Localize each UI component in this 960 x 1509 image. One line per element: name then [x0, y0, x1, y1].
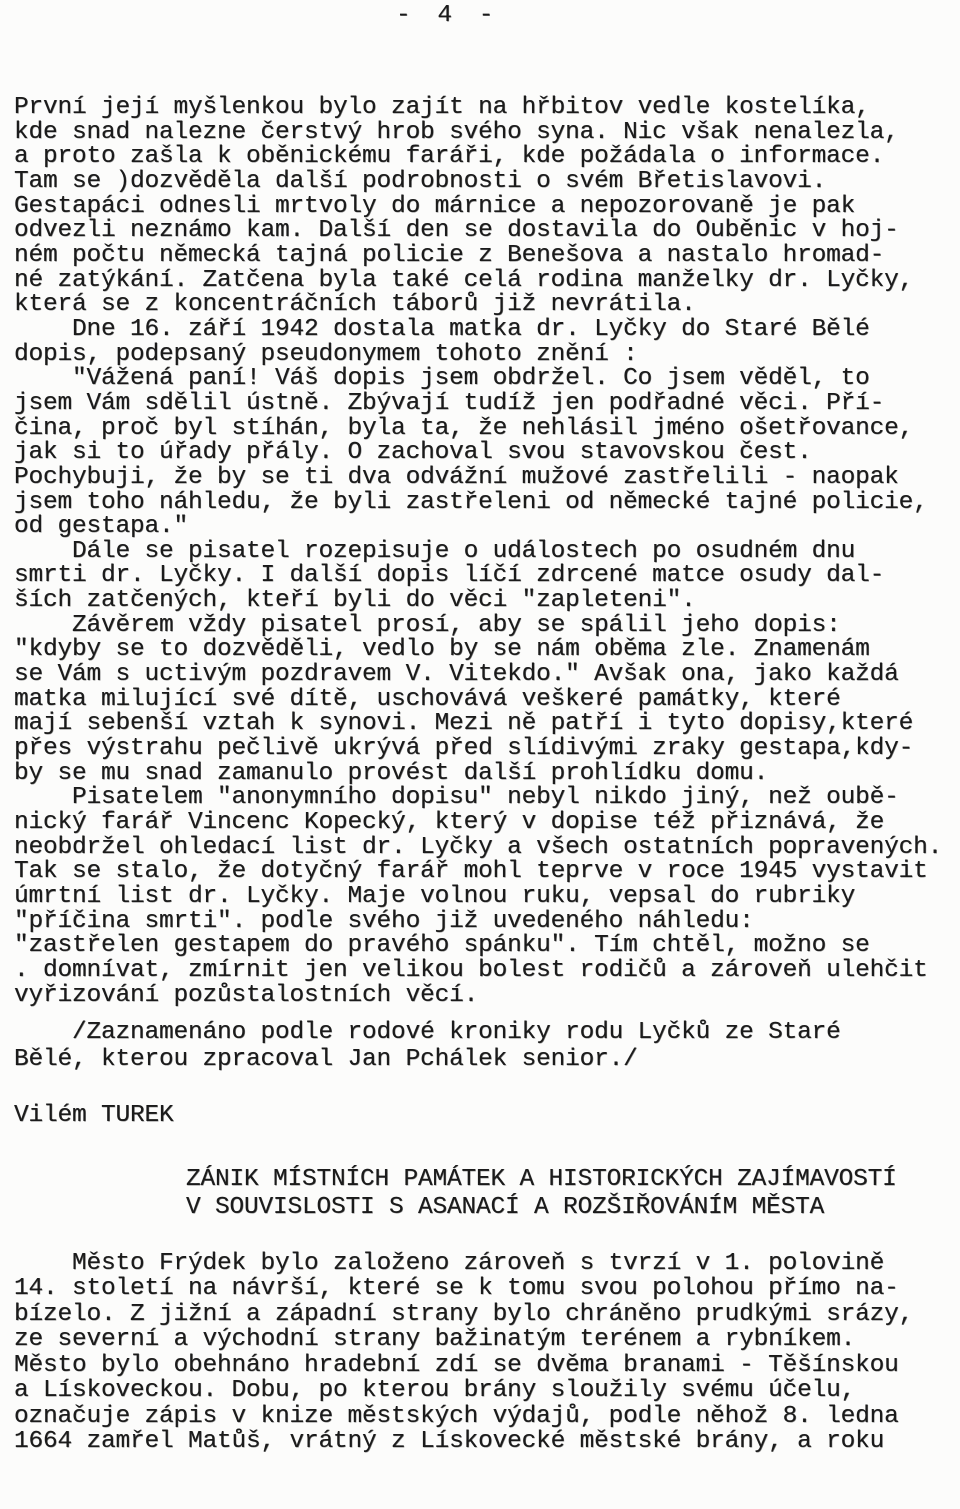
text-line: a Lískoveckou. Dobu, po kterou brány slo…: [14, 1378, 913, 1403]
scanned-document-page: - 4 - První její myšlenkou bylo zajít na…: [0, 0, 960, 1509]
main-text-block: První její myšlenkou bylo zajít na hřbit…: [14, 96, 942, 1008]
text-line: dopis, podepsaný pseudonymem tohoto zněn…: [14, 343, 942, 368]
text-line: čina, proč byl stíhán, byla ta, že nehlá…: [14, 417, 942, 442]
author-signature: Vilém TUREK: [14, 1103, 174, 1129]
text-line: ze severní a východní strany bažinatým t…: [14, 1327, 913, 1352]
text-line: přes výstrahu pečlivě ukrývá před slídiv…: [14, 737, 942, 762]
text-line: Město Frýdek bylo založeno zároveň s tvr…: [14, 1251, 913, 1276]
text-line: nický farář Vincenc Kopecký, který v dop…: [14, 811, 942, 836]
text-line: "zastřelen gestapem do pravého spánku". …: [14, 934, 942, 959]
text-line: Dne 16. září 1942 dostala matka dr. Lyčk…: [14, 318, 942, 343]
text-line: "příčina smrti". podle svého již uvedené…: [14, 910, 942, 935]
text-line: bízelo. Z jižní a západní strany bylo ch…: [14, 1302, 913, 1327]
text-line: vyřizování pozůstalostních věcí.: [14, 984, 942, 1009]
text-line: mají sebenší vztah k synovi. Mezi ně pat…: [14, 712, 942, 737]
text-line: né zatýkání. Zatčena byla také celá rodi…: [14, 269, 942, 294]
text-line: 14. století na návrší, které se k tomu s…: [14, 1276, 913, 1301]
text-line: . domnívat, zmírnit jen velikou bolest r…: [14, 959, 942, 984]
text-line: úmrtní list dr. Lyčky. Maje volnou ruku,…: [14, 885, 942, 910]
text-line: kde snad nalezne čerstvý hrob svého syna…: [14, 121, 942, 146]
text-line: ném počtu německá tajná policie z Benešo…: [14, 244, 942, 269]
text-line: Město bylo obehnáno hradební zdí se dvěm…: [14, 1353, 913, 1378]
text-line: která se z koncentráčních táborů již nev…: [14, 293, 942, 318]
page-number: - 4 -: [396, 2, 500, 29]
text-line: Pochybuji, že by se ti dva odvážní mužov…: [14, 466, 942, 491]
text-line: neobdržel ohledací list dr. Lyčky a všec…: [14, 836, 942, 861]
text-line: V SOUVISLOSTI S ASANACÍ A ROZŠIŘOVÁNÍM M…: [186, 1194, 897, 1222]
chronicle-source-note: /Zaznamenáno podle rodové kroniky rodu L…: [14, 1020, 841, 1073]
text-line: Dále se pisatel rozepisuje o událostech …: [14, 540, 942, 565]
text-line: se Vám s uctivým pozdravem V. Vitekdo." …: [14, 663, 942, 688]
text-line: Závěrem vždy pisatel prosí, aby se spáli…: [14, 614, 942, 639]
text-line: jak si to úřady přály. O zachoval svou s…: [14, 441, 942, 466]
text-line: označuje zápis v knize městských výdajů,…: [14, 1404, 913, 1429]
text-line: Tak se stalo, že dotyčný farář mohl tepr…: [14, 860, 942, 885]
text-line: Pisatelem "anonymního dopisu" nebyl nikd…: [14, 786, 942, 811]
text-line: Bělé, kterou zpracoval Jan Pchálek senio…: [14, 1047, 841, 1074]
text-line: První její myšlenkou bylo zajít na hřbit…: [14, 96, 942, 121]
text-line: matka milující své dítě, uschovává veške…: [14, 688, 942, 713]
text-line: jsem toho náhledu, že byli zastřeleni od…: [14, 491, 942, 516]
text-line: smrti dr. Lyčky. I další dopis líčí zdrc…: [14, 564, 942, 589]
text-line: odvezli neznámo kam. Další den se dostav…: [14, 219, 942, 244]
text-line: /Zaznamenáno podle rodové kroniky rodu L…: [14, 1020, 841, 1047]
text-line: ších zatčených, kteří byli do věci "zapl…: [14, 589, 942, 614]
text-line: jsem Vám sdělil ústně. Zbývají tudíž jen…: [14, 392, 942, 417]
text-line: Tam se )dozvěděla další podrobnosti o sv…: [14, 170, 942, 195]
text-line: by se mu snad zamanulo provést další pro…: [14, 762, 942, 787]
text-line: od gestapa.": [14, 515, 942, 540]
text-line: "kdyby se to dozvěděli, vedlo by se nám …: [14, 638, 942, 663]
next-section-text-block: Město Frýdek bylo založeno zároveň s tvr…: [14, 1251, 913, 1455]
text-line: 1664 zamřel Matůš, vrátný z Lískovecké m…: [14, 1429, 913, 1454]
text-line: "Vážená paní! Váš dopis jsem obdržel. Co…: [14, 367, 942, 392]
text-line: ZÁNIK MÍSTNÍCH PAMÁTEK A HISTORICKÝCH ZA…: [186, 1166, 897, 1194]
text-line: a proto zašla k oběnickému faráři, kde p…: [14, 145, 942, 170]
section-heading: ZÁNIK MÍSTNÍCH PAMÁTEK A HISTORICKÝCH ZA…: [186, 1166, 897, 1221]
text-line: Gestapáci odnesli mrtvoly do márnice a n…: [14, 195, 942, 220]
